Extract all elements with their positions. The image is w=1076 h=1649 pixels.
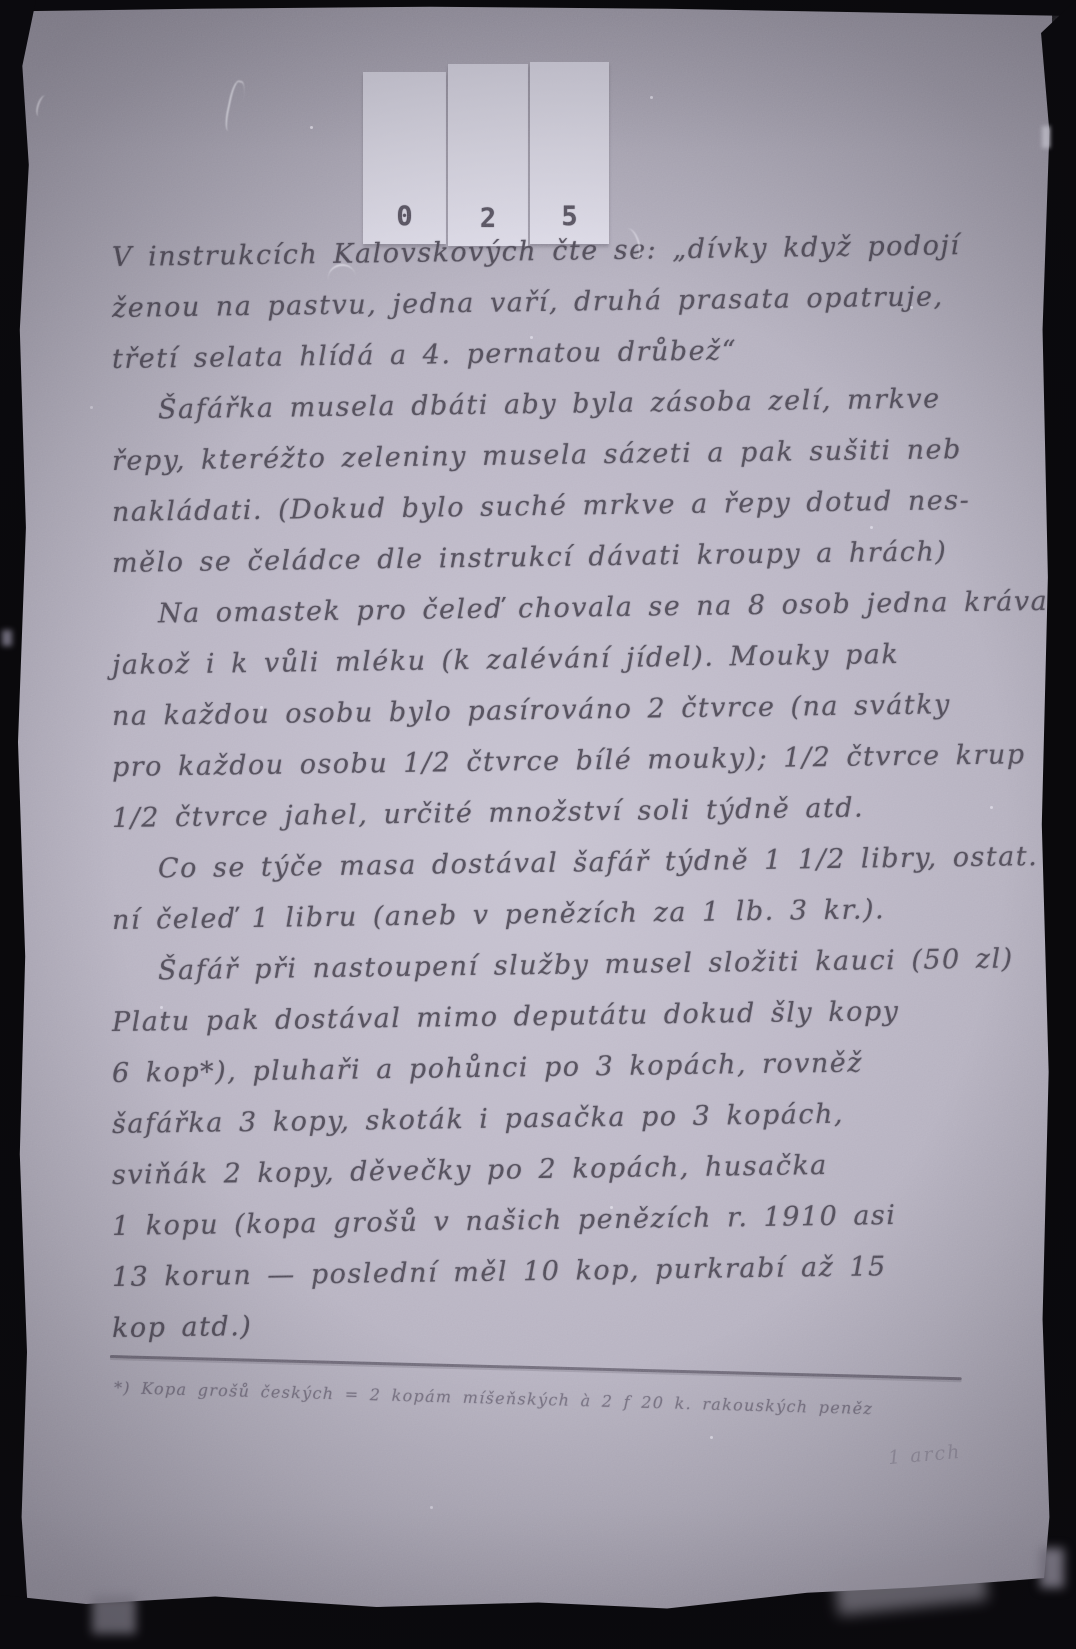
handwriting-line-text: pro každou osobu 1/2 čtvrce bílé mouky);… [112, 739, 1026, 783]
handwriting-line-text: 1 kopu (kopa grošů v našich penězích r. … [112, 1200, 897, 1242]
handwriting-line-text: Šafář při nastoupení služby musel složit… [158, 943, 1014, 986]
handwriting-line-text: ní čeleď 1 libru (aneb v penězích za 1 l… [112, 894, 886, 936]
photo-frame: 0 2 5 V instrukcích Kalovskových čte se:… [0, 0, 1076, 1649]
handwriting-line-text: kop atd.) [112, 1311, 253, 1344]
handwriting-line-text: řepy, kteréžto zeleniny musela sázeti a … [112, 434, 962, 477]
handwriting-line-text: na každou osobu bylo pasírováno 2 čtvrce… [112, 689, 951, 732]
handwriting-line-text: 1/2 čtvrce jahel, určité množství soli t… [112, 792, 865, 833]
handwriting-line-text: jakož i k vůli mléku (k zalévání jídel).… [112, 639, 900, 681]
footnote-text: Kopa grošů českých = 2 kopám míšeňských … [141, 1379, 873, 1418]
dust-specks [310, 126, 313, 129]
handwriting-line-text: Co se týče masa dostával šafář týdně 1 1… [158, 841, 1039, 884]
handwriting-line-text: ženou na pastvu, jedna vaří, druhá prasa… [112, 281, 944, 324]
handwriting-line-text: 6 kop*), pluhaři a pohůnci po 3 kopách, … [112, 1048, 863, 1089]
footnote: *) Kopa grošů českých = 2 kopám míšeňský… [114, 1378, 984, 1421]
handwriting-line-text: Na omastek pro čeleď chovala se na 8 oso… [158, 586, 1049, 629]
footnote-rule [110, 1355, 962, 1380]
handwriting-line-text: 13 korun — poslední měl 10 kop, purkrabí… [112, 1251, 887, 1293]
archival-number-slip: 2 [448, 64, 528, 246]
scratch-mark [223, 79, 248, 133]
archival-number-slip: 5 [530, 62, 609, 244]
handwriting-line-text: V instrukcích Kalovskových čte se: „dívk… [112, 230, 961, 273]
footnote-marker: *) [114, 1378, 131, 1397]
manuscript-text: V instrukcích Kalovskových čte se: „dívk… [112, 232, 978, 1354]
handwriting-line-text: sviňák 2 kopy, děvečky po 2 kopách, husa… [112, 1150, 828, 1191]
handwriting-line-text: nakládati. (Dokud bylo suché mrkve a řep… [112, 485, 971, 528]
pencil-note: 1 arch [887, 1441, 962, 1469]
manuscript-page: 0 2 5 V instrukcích Kalovskových čte se:… [10, 6, 1052, 1620]
handwriting-line-text: šafářka 3 kopy, skoták i pasačka po 3 ko… [112, 1099, 844, 1140]
scratch-mark [34, 94, 50, 118]
handwriting-line-text: Platu pak dostával mimo deputátu dokud š… [112, 996, 900, 1038]
archival-number-slip: 0 [363, 72, 446, 244]
handwriting-line-text: třetí selata hlídá a 4. pernatou drůbež“ [112, 335, 738, 375]
handwriting-line-text: Šafářka musela dbáti aby byla zásoba zel… [158, 383, 941, 425]
handwriting-line: kop atd.) [112, 1291, 979, 1354]
handwriting-line-text: mělo se čeládce dle instrukcí dávati kro… [112, 536, 948, 579]
